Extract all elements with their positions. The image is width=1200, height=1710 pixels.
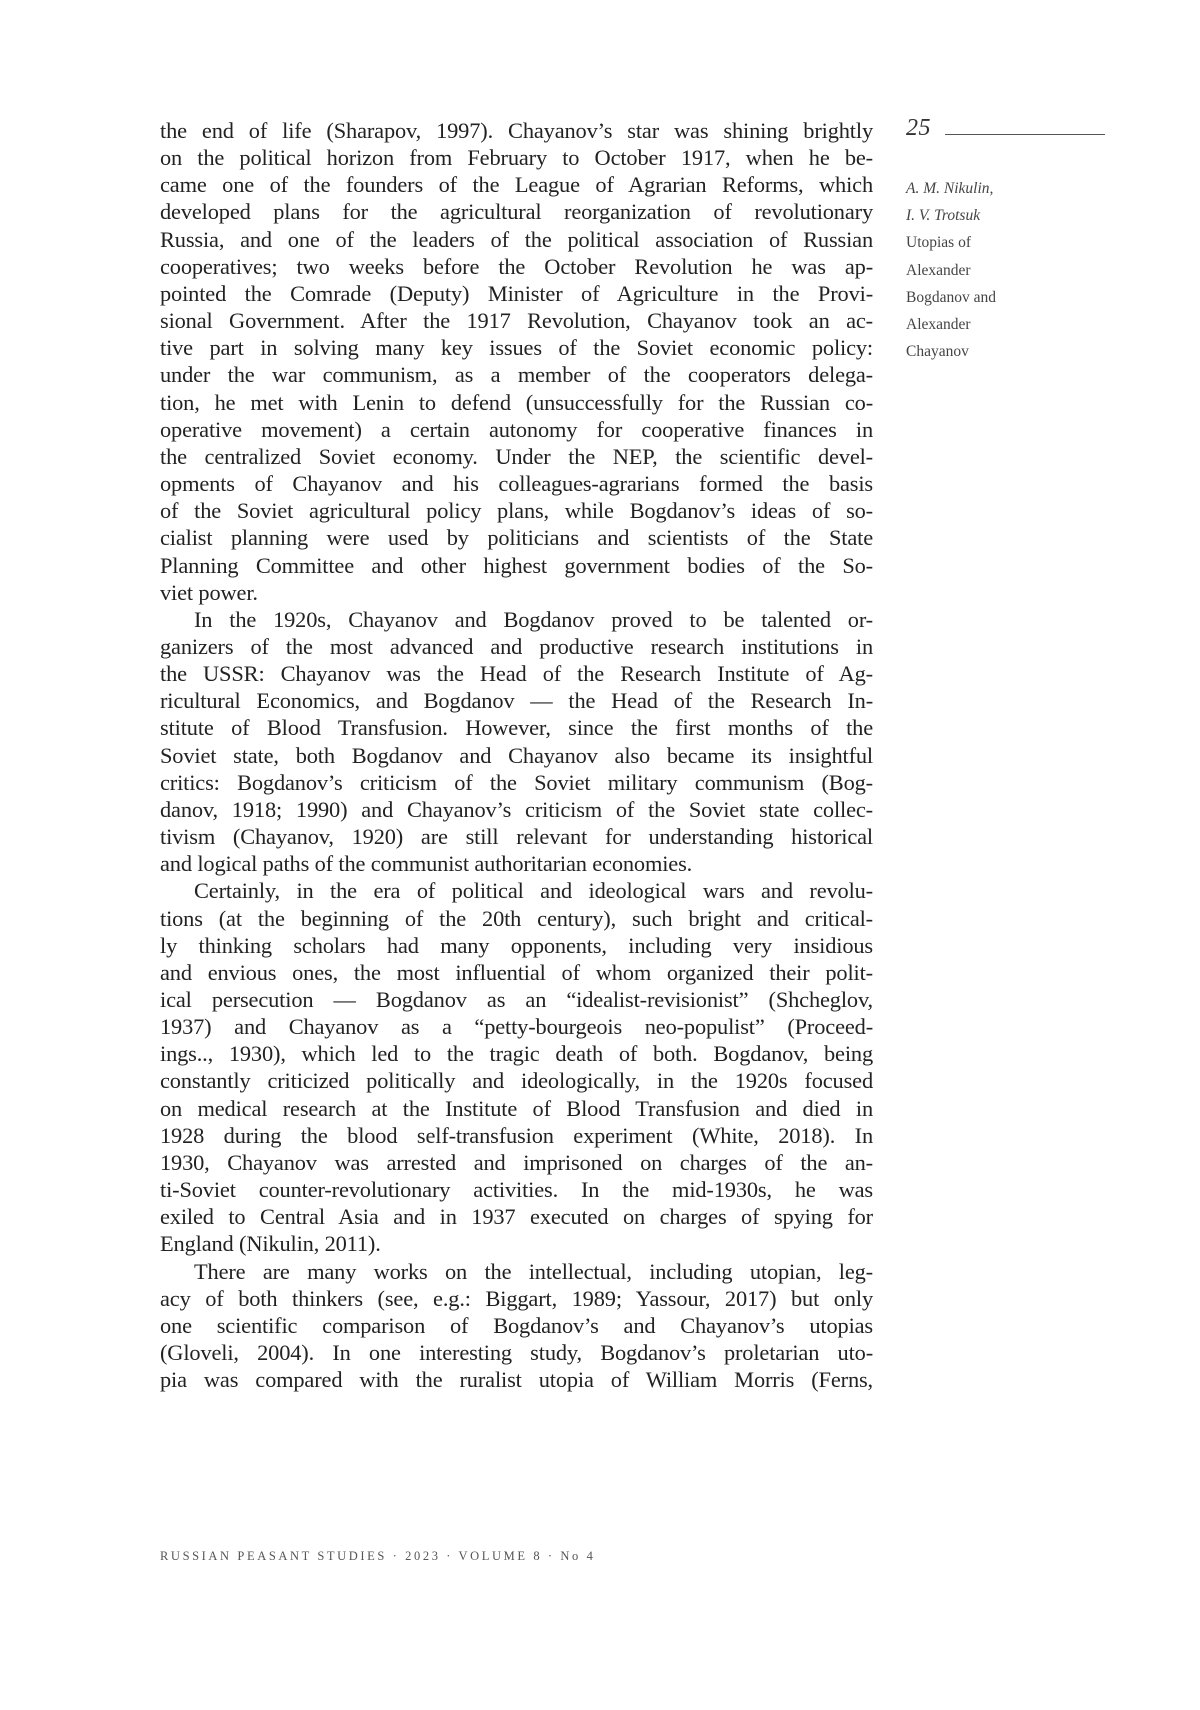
text-line-paragraph-start: There are many works on the intellectual… xyxy=(160,1258,873,1285)
text-line: 1937) and Chayanov as a “petty-bourgeois… xyxy=(160,1013,873,1040)
text-line: and envious ones, the most influential o… xyxy=(160,959,873,986)
sidebar-title-line: Bogdanov and xyxy=(906,284,1106,311)
text-line: ings.., 1930), which led to the tragic d… xyxy=(160,1040,873,1067)
text-line: came one of the founders of the League o… xyxy=(160,171,873,198)
sidebar-author: I. V. Trotsuk xyxy=(906,202,1106,229)
text-line: opments of Chayanov and his colleagues-a… xyxy=(160,470,873,497)
sidebar-title-line: Alexander xyxy=(906,257,1106,284)
sidebar-title-line: Utopias of xyxy=(906,229,1106,256)
text-line: the USSR: Chayanov was the Head of the R… xyxy=(160,660,873,687)
text-line: and logical paths of the communist autho… xyxy=(160,850,873,877)
text-line: under the war communism, as a member of … xyxy=(160,361,873,388)
text-line: operative movement) a certain autonomy f… xyxy=(160,416,873,443)
journal-page: 25 A. M. Nikulin, I. V. Trotsuk Utopias … xyxy=(0,0,1200,1710)
text-line: tions (at the beginning of the 20th cent… xyxy=(160,905,873,932)
sidebar-author: A. M. Nikulin, xyxy=(906,175,1106,202)
text-line-paragraph-start: Certainly, in the era of political and i… xyxy=(160,877,873,904)
text-line: ganizers of the most advanced and produc… xyxy=(160,633,873,660)
journal-footer: RUSSIAN PEASANT STUDIES · 2023 · VOLUME … xyxy=(160,1549,595,1564)
text-line: viet power. xyxy=(160,579,873,606)
text-line: pia was compared with the ruralist utopi… xyxy=(160,1366,873,1393)
text-line: ricultural Economics, and Bogdanov — the… xyxy=(160,687,873,714)
text-line: on the political horizon from February t… xyxy=(160,144,873,171)
text-line: the centralized Soviet economy. Under th… xyxy=(160,443,873,470)
text-line: stitute of Blood Transfusion. However, s… xyxy=(160,714,873,741)
text-line: ly thinking scholars had many opponents,… xyxy=(160,932,873,959)
text-line: danov, 1918; 1990) and Chayanov’s critic… xyxy=(160,796,873,823)
text-line: cialist planning were used by politician… xyxy=(160,524,873,551)
text-line: ical persecution — Bogdanov as an “ideal… xyxy=(160,986,873,1013)
text-line: critics: Bogdanov’s criticism of the Sov… xyxy=(160,769,873,796)
page-number: 25 xyxy=(906,115,931,142)
text-line: pointed the Comrade (Deputy) Minister of… xyxy=(160,280,873,307)
text-line: Soviet state, both Bogdanov and Chayanov… xyxy=(160,742,873,769)
text-line: 1930, Chayanov was arrested and imprison… xyxy=(160,1149,873,1176)
sidebar-title-line: Chayanov xyxy=(906,338,1106,365)
text-line: tive part in solving many key issues of … xyxy=(160,334,873,361)
text-line: ti-Soviet counter-revolutionary activiti… xyxy=(160,1176,873,1203)
text-line: constantly criticized politically and id… xyxy=(160,1067,873,1094)
text-line: of the Soviet agricultural policy plans,… xyxy=(160,497,873,524)
text-line: 1928 during the blood self-transfusion e… xyxy=(160,1122,873,1149)
text-line: tion, he met with Lenin to defend (unsuc… xyxy=(160,389,873,416)
body-text: the end of life (Sharapov, 1997). Chayan… xyxy=(160,117,873,1393)
text-line: Russia, and one of the leaders of the po… xyxy=(160,226,873,253)
text-line: one scientific comparison of Bogdanov’s … xyxy=(160,1312,873,1339)
text-line: cooperatives; two weeks before the Octob… xyxy=(160,253,873,280)
text-line: England (Nikulin, 2011). xyxy=(160,1230,873,1257)
text-line: tivism (Chayanov, 1920) are still releva… xyxy=(160,823,873,850)
text-line-paragraph-start: In the 1920s, Chayanov and Bogdanov prov… xyxy=(160,606,873,633)
text-line: Planning Committee and other highest gov… xyxy=(160,552,873,579)
running-sidebar: A. M. Nikulin, I. V. Trotsuk Utopias of … xyxy=(906,175,1106,365)
text-line: acy of both thinkers (see, e.g.: Biggart… xyxy=(160,1285,873,1312)
text-line: the end of life (Sharapov, 1997). Chayan… xyxy=(160,117,873,144)
sidebar-title-line: Alexander xyxy=(906,311,1106,338)
text-line: (Gloveli, 2004). In one interesting stud… xyxy=(160,1339,873,1366)
text-line: on medical research at the Institute of … xyxy=(160,1095,873,1122)
header-rule xyxy=(945,134,1105,135)
text-line: developed plans for the agricultural reo… xyxy=(160,198,873,225)
text-line: sional Government. After the 1917 Revolu… xyxy=(160,307,873,334)
text-line: exiled to Central Asia and in 1937 execu… xyxy=(160,1203,873,1230)
